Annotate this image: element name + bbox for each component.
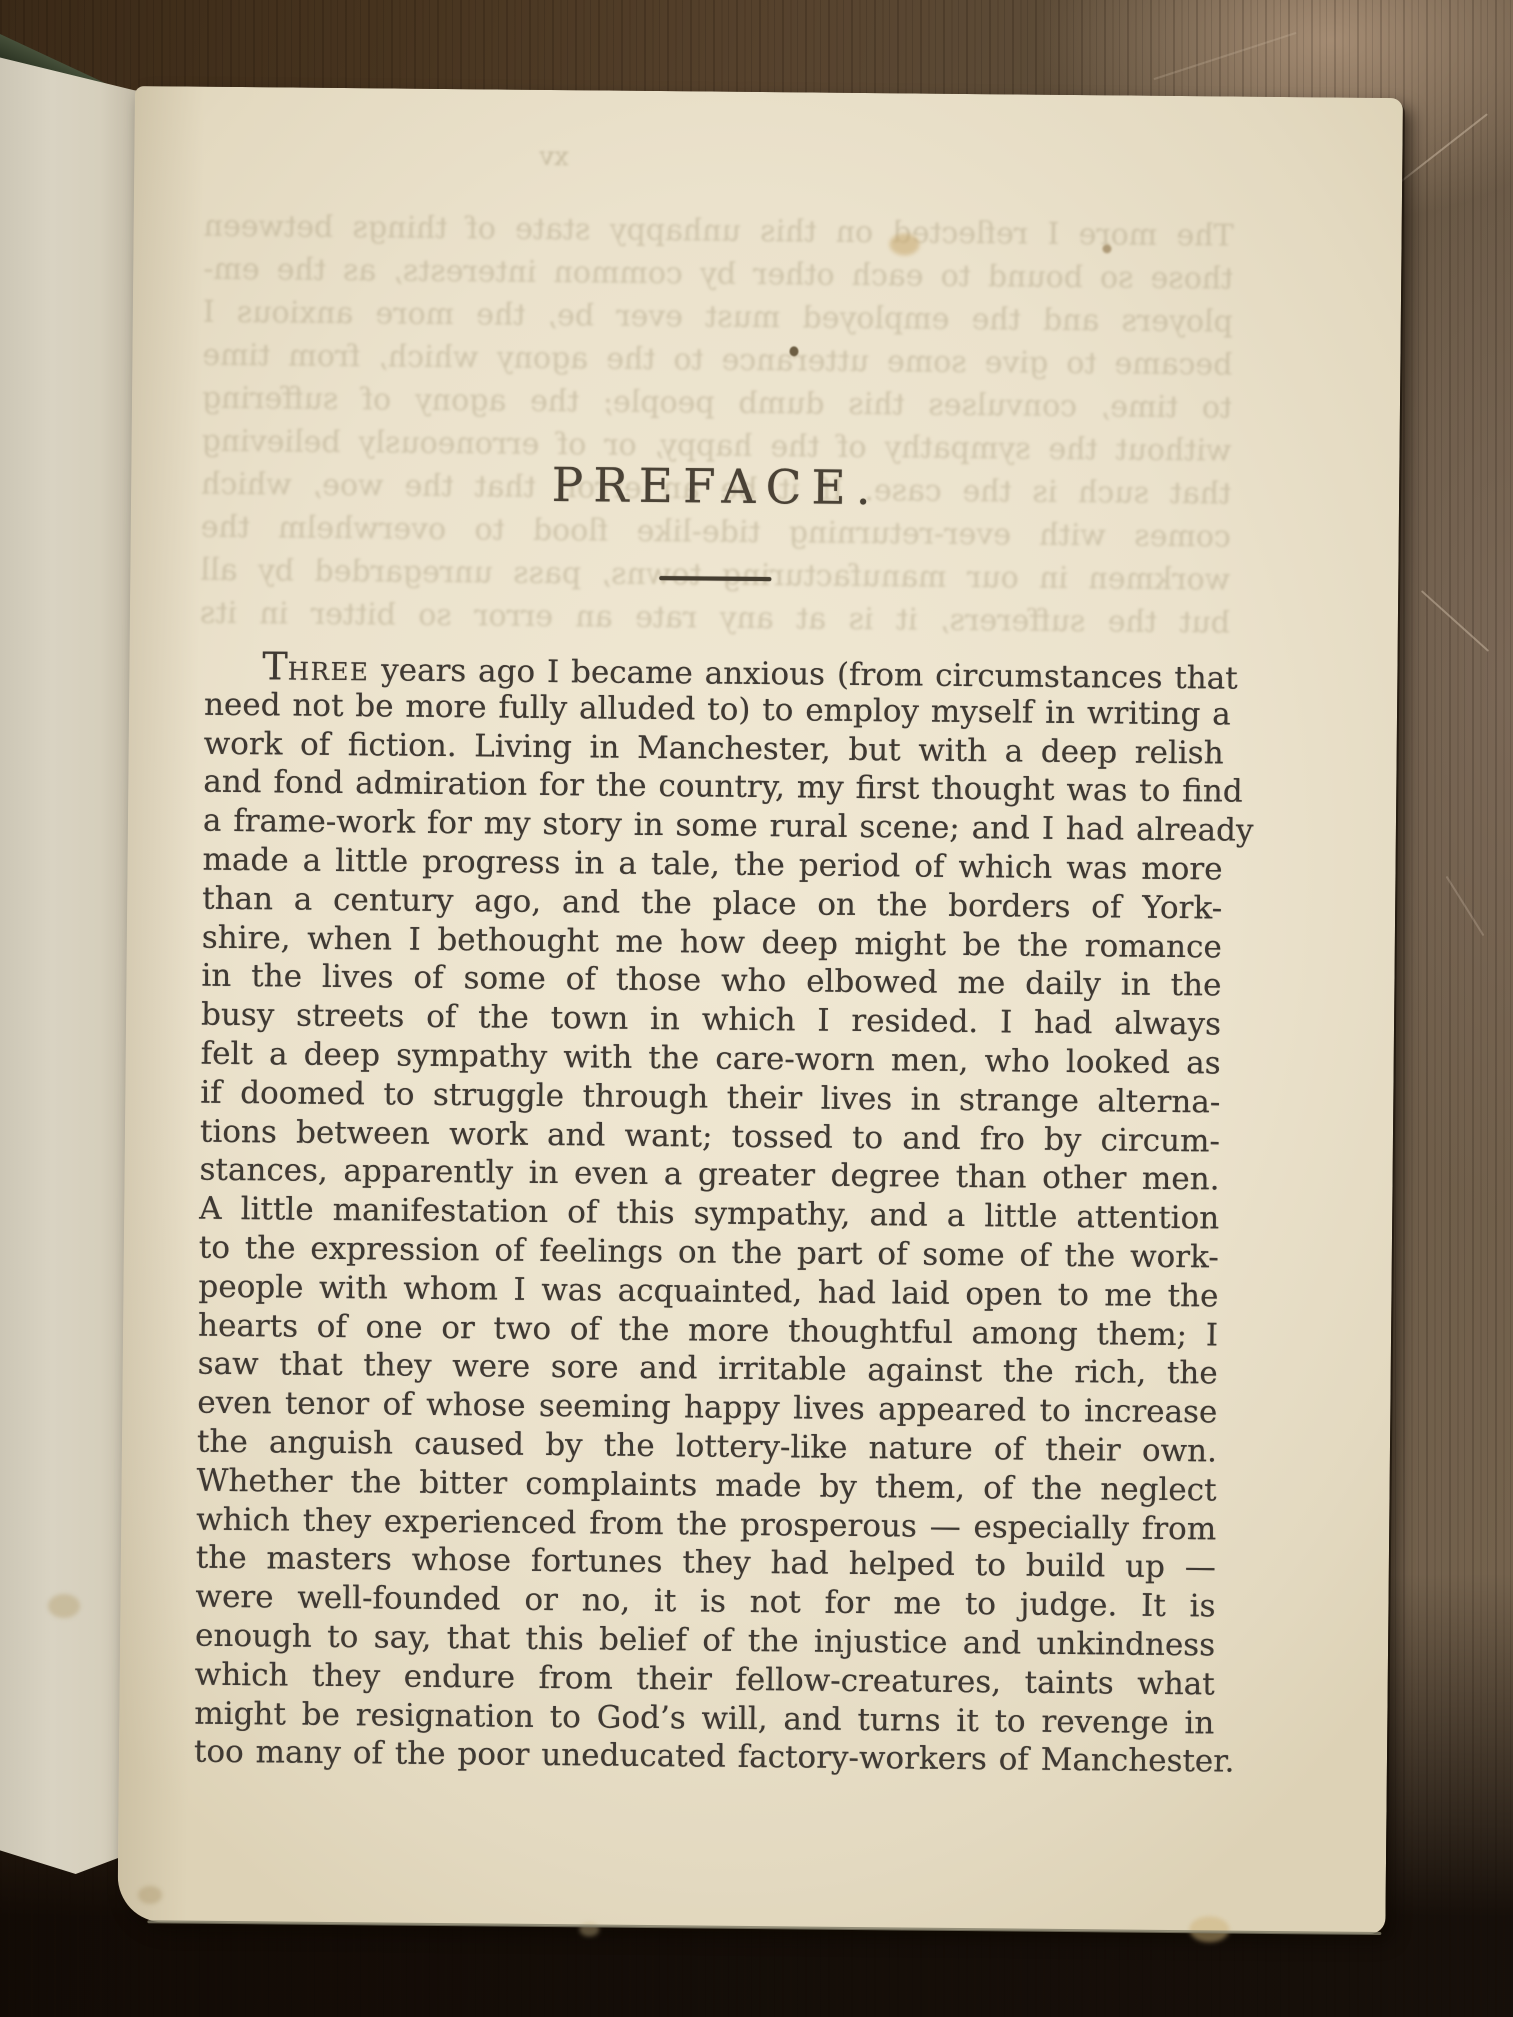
drop-capital: T xyxy=(262,644,288,688)
photograph-of-book-page: { "book_page": { "title": "PREFACE.", "p… xyxy=(0,0,1513,2017)
ink-speck xyxy=(789,346,798,356)
foxing-spot xyxy=(1189,1916,1229,1942)
foxing-spot xyxy=(1102,244,1111,253)
foxing-spot xyxy=(138,1886,162,1904)
preface-paragraph: THREE years ago I became anxious (from c… xyxy=(194,647,1225,1782)
preface-title: PREFACE. xyxy=(206,455,1226,520)
book-page: xv The more I reflected on this unhappy … xyxy=(117,86,1403,1934)
showthrough-folio: xv xyxy=(539,142,569,172)
foxing-spot xyxy=(579,1922,599,1936)
small-caps-word: HREE xyxy=(288,656,370,686)
foxing-spot xyxy=(48,1594,80,1618)
foxing-spot xyxy=(889,233,919,255)
showthrough-line: but the sufferers, it is at any rate an … xyxy=(200,592,1230,645)
